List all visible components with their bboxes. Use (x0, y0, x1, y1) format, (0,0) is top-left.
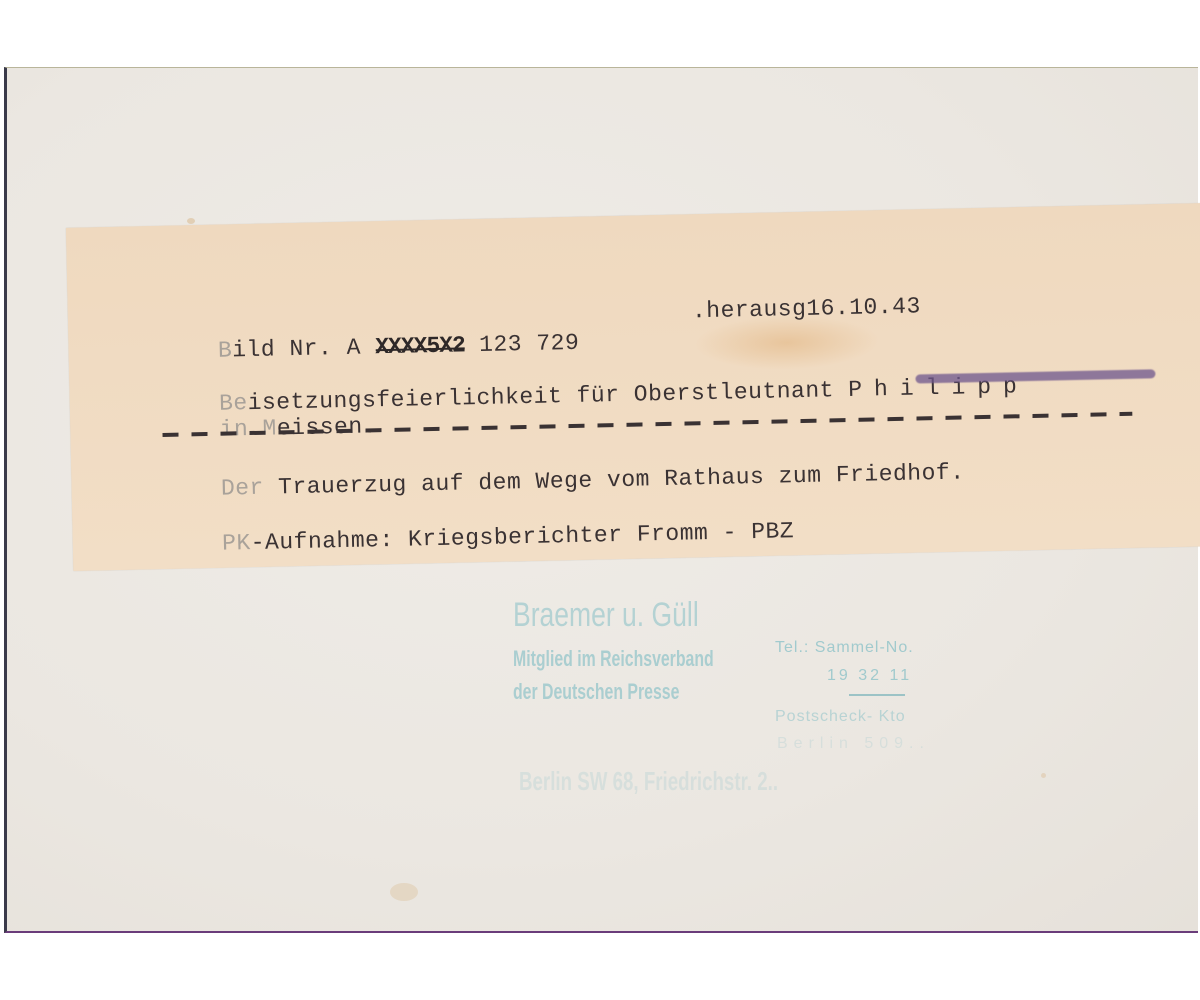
stamp-divider (849, 694, 905, 696)
stamp-phone-label: Tel.: Sammel-No. (775, 640, 914, 656)
caption-text: eissen. (277, 413, 378, 441)
picture-number: 123 729 (465, 330, 580, 358)
stamp-membership-line1: Mitglied im Reichsverband (513, 648, 714, 670)
stamp-postal-city: Berlin 509.. (777, 736, 930, 752)
faded-prefix: B (218, 337, 233, 363)
picture-number-label: ild Nr. A (232, 334, 376, 363)
stain (390, 883, 418, 901)
typed-caption-label: Bild Nr. A XXXX5X2 123 729 .herausg16.10… (66, 203, 1200, 571)
stamp-membership-line2: der Deutschen Presse (513, 681, 679, 703)
release-date: .herausg16.10.43 (692, 295, 921, 323)
stamp-phone-number: 19 32 11 (827, 668, 912, 684)
struck-number: XXXX5X2 (375, 334, 465, 359)
caption-text: Trauerzug auf dem Wege vom Rathaus zum F… (264, 459, 965, 500)
faded-prefix: in M (219, 415, 277, 442)
stain (1041, 773, 1046, 778)
faded-prefix: Der (221, 475, 264, 502)
stamp-agency-name: Braemer u. Güll (513, 598, 699, 632)
photographer-credit: PK-Aufnahme: Kriegsberichter Fromm - PBZ (164, 497, 795, 580)
credit-text: -Aufnahme: Kriegsberichter Fromm - PBZ (250, 518, 794, 556)
stamp-postal-label: Postscheck- Kto (775, 709, 906, 725)
stamp-address: Berlin SW 68, Friedrichstr. 2.. (519, 768, 778, 794)
stain (187, 218, 195, 224)
faded-prefix: PK (222, 530, 251, 557)
